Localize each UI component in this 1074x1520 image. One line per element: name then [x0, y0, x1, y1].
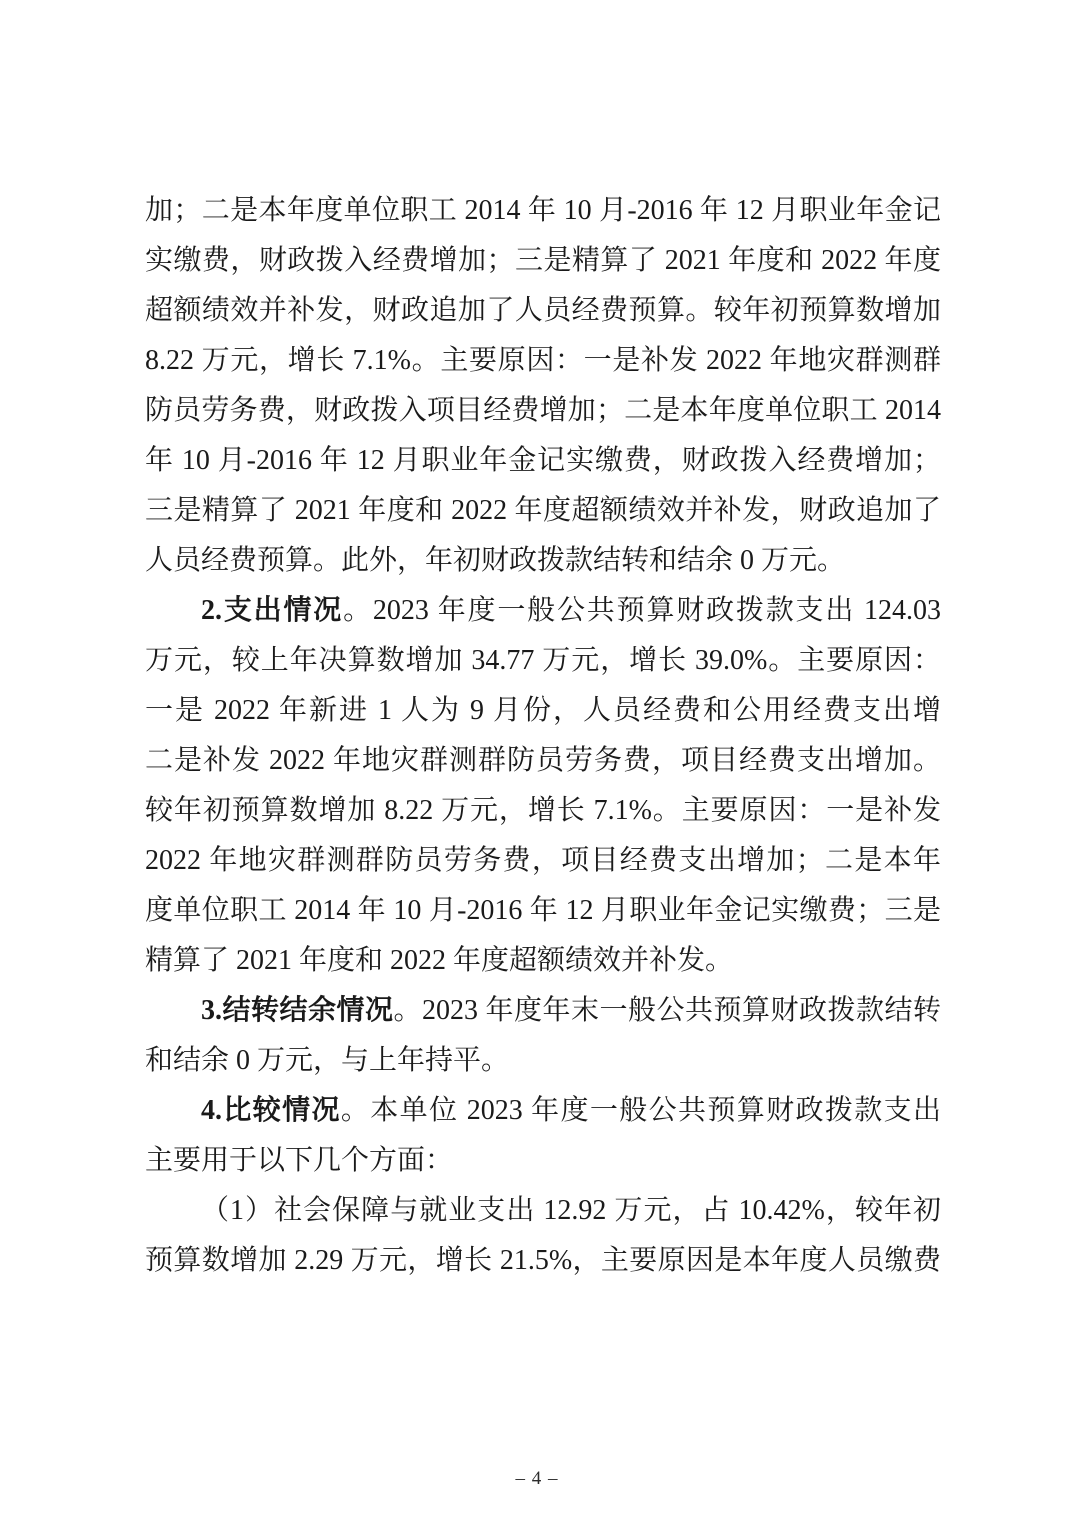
- text-line: 主要用于以下几个方面：: [145, 1136, 941, 1186]
- section-heading-carryover: 3.结转结余情况: [201, 995, 394, 1026]
- text-line: 预算数增加 2.29 万元，增长 21.5%，主要原因是本年度人员缴费: [145, 1236, 941, 1286]
- text-line: 和结余 0 万元，与上年持平。: [145, 1036, 941, 1086]
- text-line: 一是 2022 年新进 1 人为 9 月份，人员经费和公用经费支出增加；: [145, 686, 941, 736]
- text-line: 8.22 万元，增长 7.1%。主要原因：一是补发 2022 年地灾群测群: [145, 336, 941, 386]
- document-body: 加；二是本年度单位职工 2014 年 10 月-2016 年 12 月职业年金记…: [145, 186, 941, 1286]
- heading-rest-text: 。2023 年度一般公共预算财政拨款支出 124.03: [343, 595, 941, 626]
- text-line: 超额绩效并补发，财政追加了人员经费预算。较年初预算数增加: [145, 286, 941, 336]
- paragraph-heading-line: 3.结转结余情况。2023 年度年末一般公共预算财政拨款结转: [145, 986, 941, 1036]
- section-heading-expenditure: 2.支出情况: [201, 595, 343, 626]
- text-line: 实缴费，财政拨入经费增加；三是精算了 2021 年度和 2022 年度: [145, 236, 941, 286]
- heading-rest-text: 。2023 年度年末一般公共预算财政拨款结转: [394, 995, 941, 1026]
- paragraph-heading-line: 2.支出情况。2023 年度一般公共预算财政拨款支出 124.03: [145, 586, 941, 636]
- text-line: 二是补发 2022 年地灾群测群防员劳务费，项目经费支出增加。: [145, 736, 941, 786]
- paragraph-heading-line: 4.比较情况。本单位 2023 年度一般公共预算财政拨款支出: [145, 1086, 941, 1136]
- page-number: – 4 –: [0, 1468, 1074, 1490]
- text-line: 精算了 2021 年度和 2022 年度超额绩效并补发。: [145, 936, 941, 986]
- text-line: 人员经费预算。此外，年初财政拨款结转和结余 0 万元。: [145, 536, 941, 586]
- text-line: 年 10 月-2016 年 12 月职业年金记实缴费，财政拨入经费增加；: [145, 436, 941, 486]
- heading-rest-text: 。本单位 2023 年度一般公共预算财政拨款支出: [341, 1095, 941, 1126]
- document-page: 加；二是本年度单位职工 2014 年 10 月-2016 年 12 月职业年金记…: [0, 0, 1074, 1520]
- section-heading-comparison: 4.比较情况: [201, 1095, 341, 1126]
- text-line: （1）社会保障与就业支出 12.92 万元，占 10.42%，较年初: [145, 1186, 941, 1236]
- text-line: 较年初预算数增加 8.22 万元，增长 7.1%。主要原因：一是补发: [145, 786, 941, 836]
- text-line: 防员劳务费，财政拨入项目经费增加；二是本年度单位职工 2014: [145, 386, 941, 436]
- text-line: 度单位职工 2014 年 10 月-2016 年 12 月职业年金记实缴费；三是: [145, 886, 941, 936]
- text-line: 三是精算了 2021 年度和 2022 年度超额绩效并补发，财政追加了: [145, 486, 941, 536]
- text-line: 加；二是本年度单位职工 2014 年 10 月-2016 年 12 月职业年金记: [145, 186, 941, 236]
- text-line: 万元，较上年决算数增加 34.77 万元，增长 39.0%。主要原因：: [145, 636, 941, 686]
- text-line: 2022 年地灾群测群防员劳务费，项目经费支出增加；二是本年: [145, 836, 941, 886]
